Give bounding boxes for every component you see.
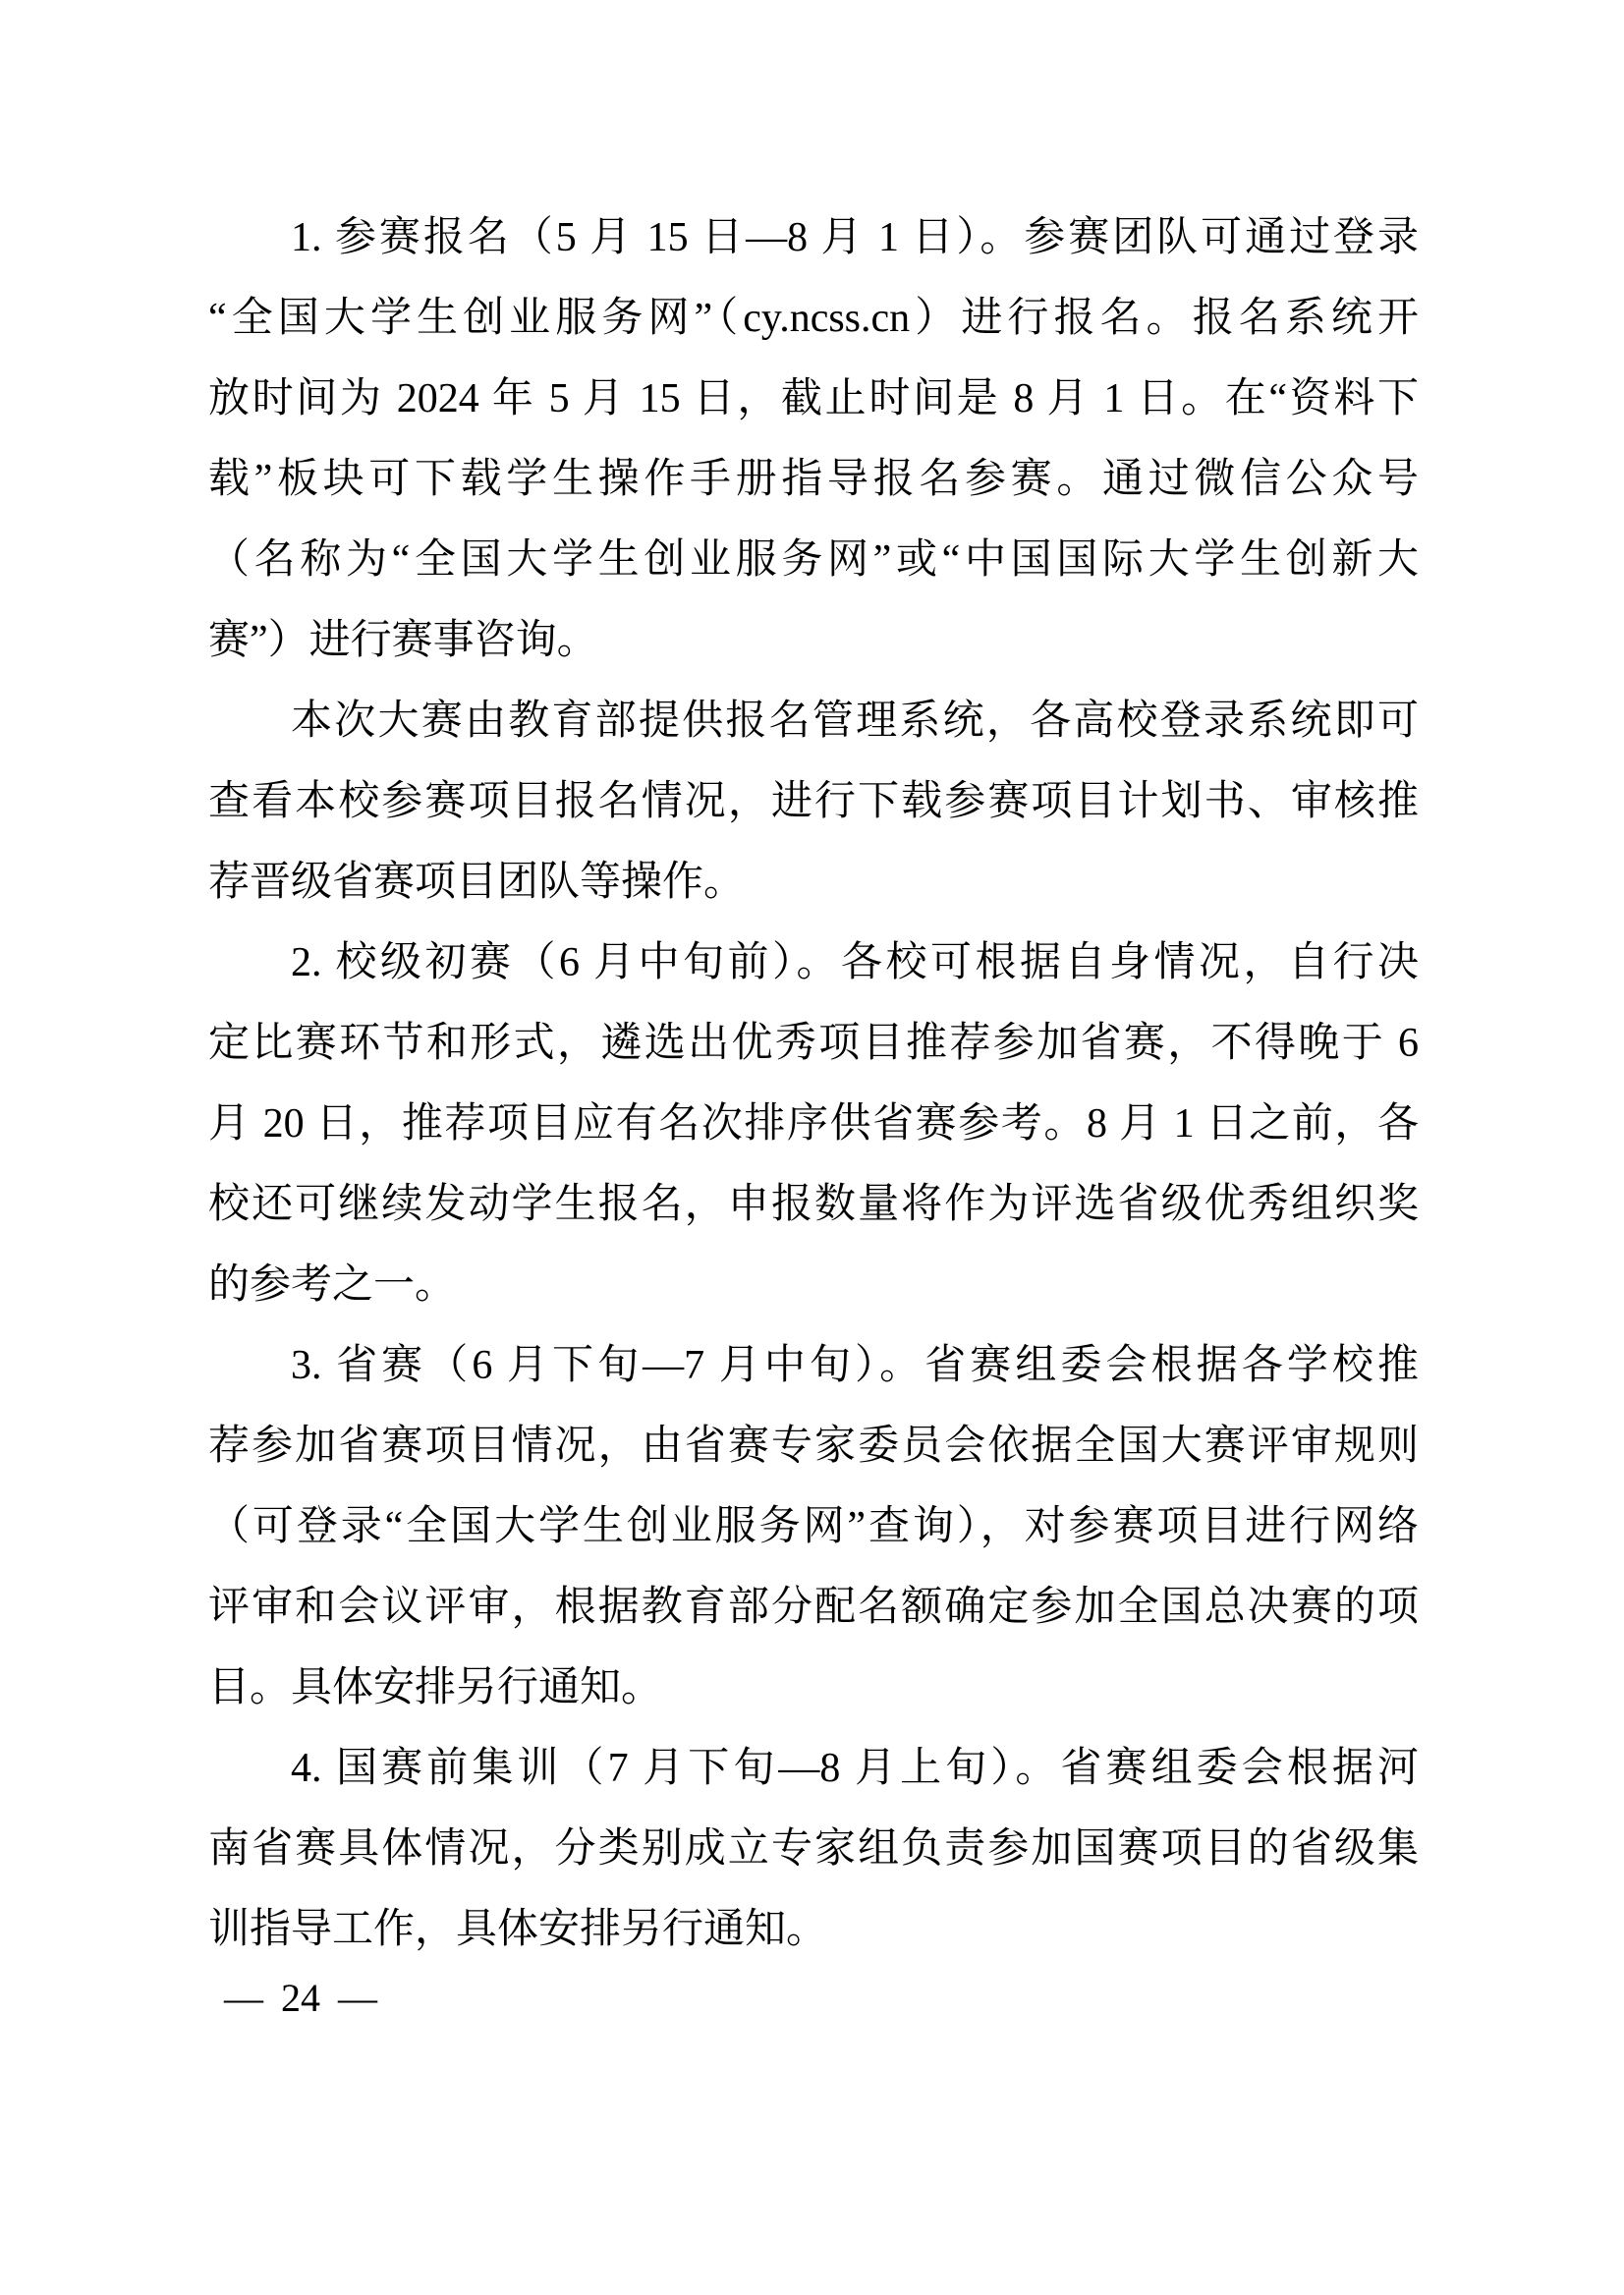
text-line: 校还可继续发动学生报名，申报数量将作为评选省级优秀组织奖 [208,1164,1419,1245]
text-line: 训指导工作，具体安排另行通知。 [208,1889,1419,1970]
text-line: （名称为“全国大学生创业服务网”或“中国国际大学生创新大 [208,520,1419,600]
text-line: 月 20 日，推荐项目应有名次排序供省赛参考。8 月 1 日之前，各 [208,1084,1419,1164]
page-footer: — 24 — [224,1973,377,2024]
text-line: 评审和会议评审，根据教育部分配名额确定参加全国总决赛的项 [208,1567,1419,1648]
document-lines: 1. 参赛报名（5 月 15 日—8 月 1 日）。参赛团队可通过登录“全国大学… [208,197,1419,1970]
text-line: 定比赛环节和形式，遴选出优秀项目推荐参加省赛，不得晚于 6 [208,1003,1419,1084]
text-line: 荐参加省赛项目情况，由省赛专家委员会依据全国大赛评审规则 [208,1406,1419,1486]
text-line: 放时间为 2024 年 5 月 15 日，截止时间是 8 月 1 日。在“资料下 [208,359,1419,439]
text-line: 荐晋级省赛项目团队等操作。 [208,842,1419,923]
page-number: — 24 — [224,1976,377,2020]
text-line: 本次大赛由教育部提供报名管理系统，各高校登录系统即可 [208,681,1419,761]
text-line: 2. 校级初赛（6 月中旬前）。各校可根据自身情况，自行决 [208,923,1419,1003]
text-line: 4. 国赛前集训（7 月下旬—8 月上旬）。省赛组委会根据河 [208,1728,1419,1809]
text-line: 目。具体安排另行通知。 [208,1648,1419,1728]
text-line: 赛”）进行赛事咨询。 [208,600,1419,681]
text-line: 3. 省赛（6 月下旬—7 月中旬）。省赛组委会根据各学校推 [208,1325,1419,1406]
text-line: 查看本校参赛项目报名情况，进行下载参赛项目计划书、审核推 [208,761,1419,842]
text-line: 南省赛具体情况，分类别成立专家组负责参加国赛项目的省级集 [208,1809,1419,1889]
text-line: 载”板块可下载学生操作手册指导报名参赛。通过微信公众号 [208,439,1419,520]
page: 1. 参赛报名（5 月 15 日—8 月 1 日）。参赛团队可通过登录“全国大学… [0,0,1624,2295]
text-line: “全国大学生创业服务网”（cy.ncss.cn）进行报名。报名系统开 [208,278,1419,359]
text-line: （可登录“全国大学生创业服务网”查询），对参赛项目进行网络 [208,1486,1419,1567]
text-line: 的参考之一。 [208,1245,1419,1325]
text-line: 1. 参赛报名（5 月 15 日—8 月 1 日）。参赛团队可通过登录 [208,197,1419,278]
